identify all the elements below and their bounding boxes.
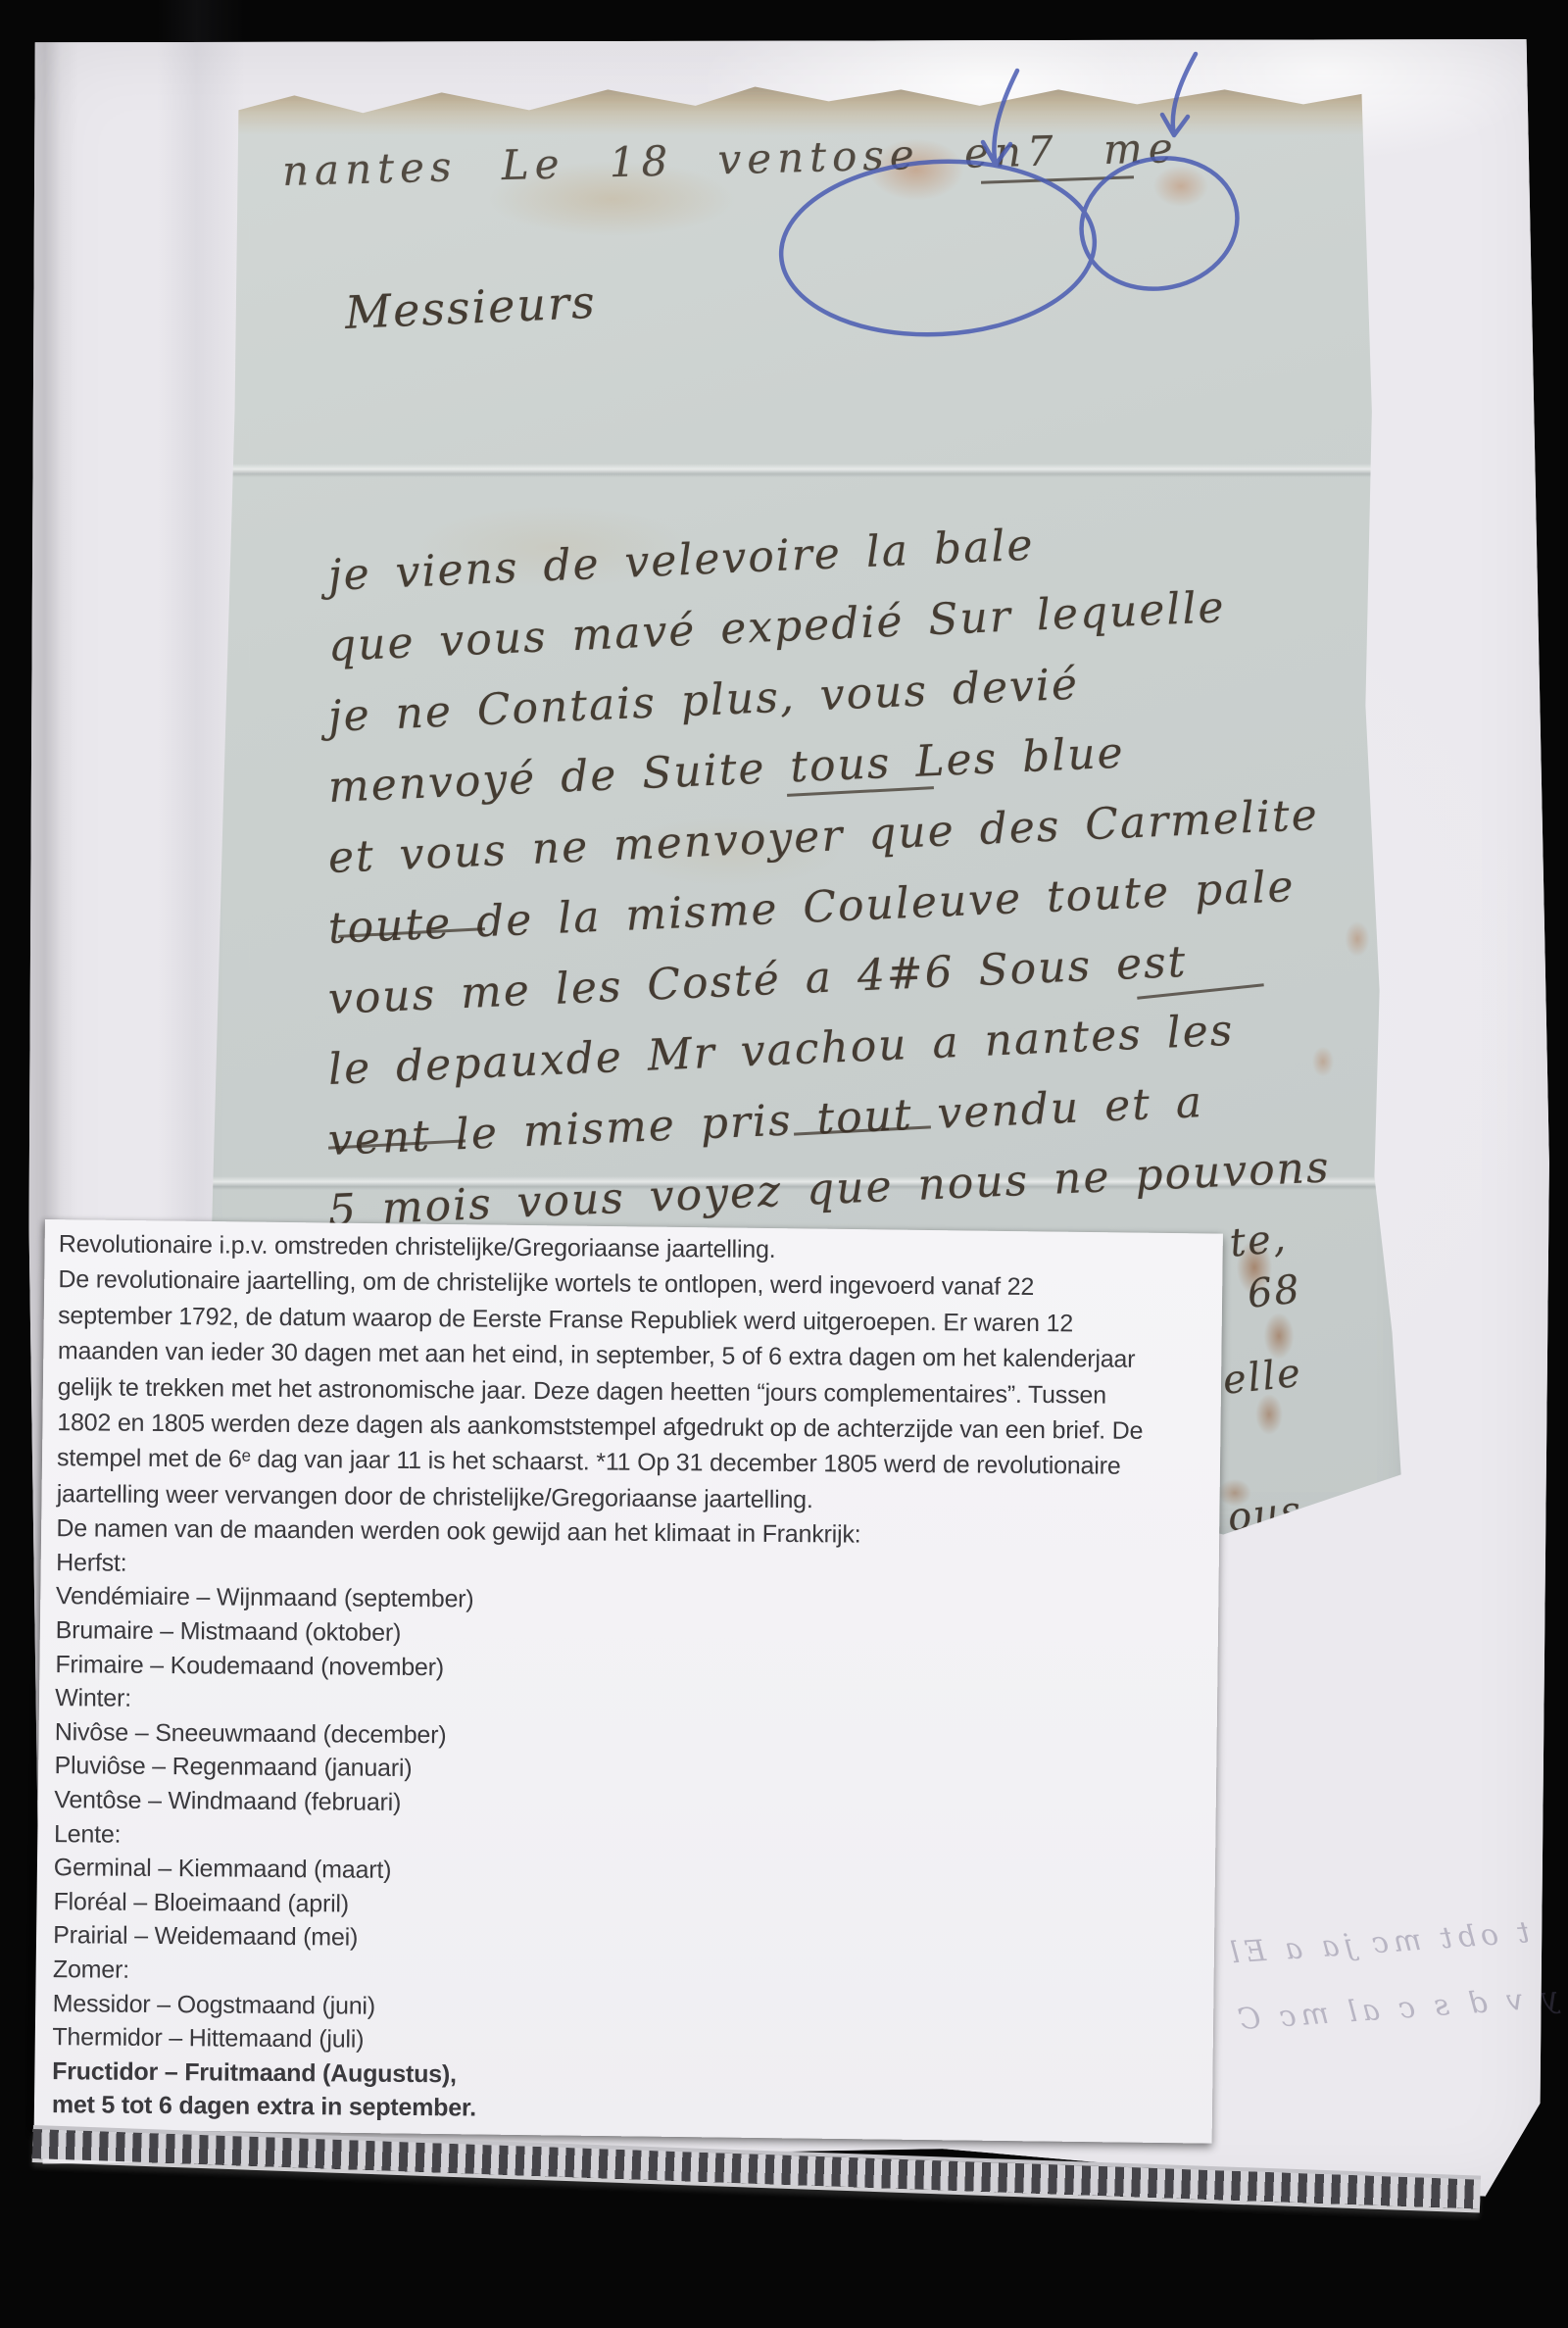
annotation-paragraph: Revolutionaire i.p.v. omstreden christel… <box>57 1226 1213 1520</box>
letter-line-fragment: elle <box>1221 1351 1304 1404</box>
letter-salutation: Messieurs <box>344 275 598 339</box>
letter-line-fragment: te, <box>1228 1215 1290 1266</box>
dutch-annotation-sheet: Revolutionaire i.p.v. omstreden christel… <box>34 1219 1223 2144</box>
annotation-text: Revolutionaire i.p.v. omstreden christel… <box>52 1226 1213 2131</box>
month-list: De namen van de maanden werden ook gewij… <box>52 1511 1211 2131</box>
letter-line-fragment: 68 <box>1246 1266 1303 1316</box>
album-photo-page: nantes Le 18 ventose en7 me Messieurs je… <box>0 0 1568 2328</box>
fold-crease <box>168 464 1386 477</box>
